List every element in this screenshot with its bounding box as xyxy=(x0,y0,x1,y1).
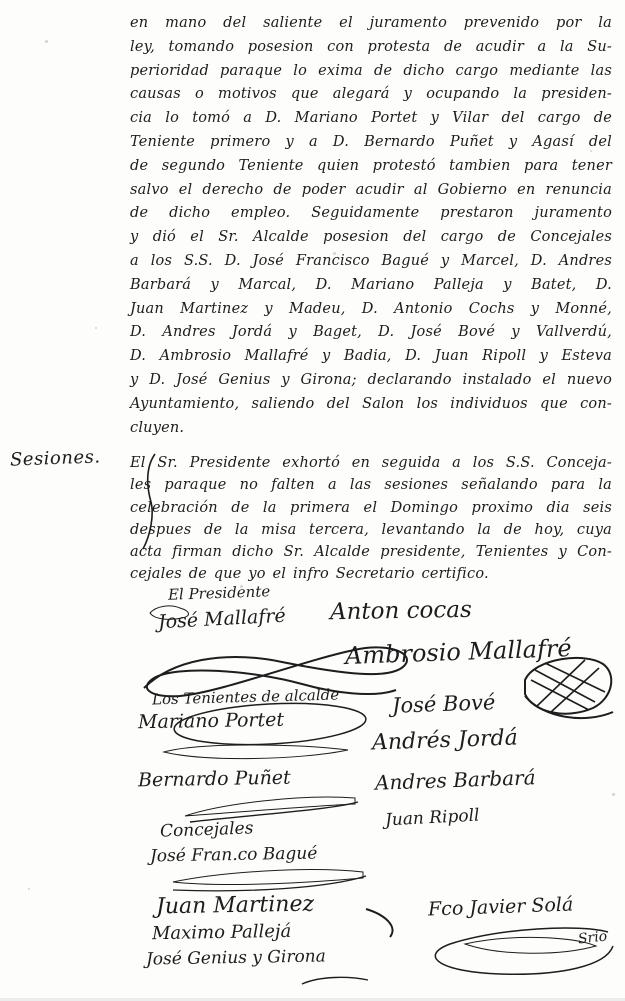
signature-secretary-title: Srio xyxy=(577,929,608,948)
scan-speck xyxy=(590,150,592,152)
martinez-tail-flourish xyxy=(362,905,407,940)
signature-anton-cocas: Anton cocas xyxy=(330,597,472,625)
portet-rubric-flourish xyxy=(150,702,370,762)
scan-speck xyxy=(45,40,48,43)
margin-note-sesiones: Sesiones. xyxy=(10,446,101,470)
manuscript-line: despues de la misa tercera, levantando l… xyxy=(130,519,612,541)
manuscript-line: causas o motivos que alegará y ocupando … xyxy=(130,83,612,107)
scan-speck xyxy=(240,585,243,588)
manuscript-line: de segundo Teniente quien protestó tambi… xyxy=(130,155,612,179)
manuscript-line: de dicho empleo. Seguidamente prestaron … xyxy=(130,202,612,226)
signature-juan-martinez: Juan Martinez xyxy=(156,892,315,920)
manuscript-line: les paraque no falten a las sesiones señ… xyxy=(130,474,612,496)
signature-fco-javier-sola: Fco Javier Solá xyxy=(428,893,574,920)
scan-speck xyxy=(95,327,97,329)
manuscript-line: D. Andres Jordá y Baget, D. José Bové y … xyxy=(130,321,612,345)
scan-speck xyxy=(28,888,30,890)
manuscript-line: en mano del saliente el juramento preven… xyxy=(130,12,612,36)
genius-underline-flourish xyxy=(300,972,370,988)
body-paragraph-2: El Sr. Presidente exhortó en seguida a l… xyxy=(130,452,612,586)
manuscript-line: Teniente primero y a D. Bernardo Puñet y… xyxy=(130,131,612,155)
signature-juan-ripoll: Juan Ripoll xyxy=(385,806,480,831)
manuscript-line: cia lo tomó a D. Mariano Portet y Vilar … xyxy=(130,107,612,131)
manuscript-page: en mano del saliente el juramento preven… xyxy=(0,0,625,1001)
body-paragraph-1: en mano del saliente el juramento preven… xyxy=(130,12,612,440)
manuscript-line: D. Ambrosio Mallafré y Badia, D. Juan Ri… xyxy=(130,345,612,369)
manuscript-line: y dió el Sr. Alcalde posesion del cargo … xyxy=(130,226,612,250)
manuscript-line: salvo el derecho de poder acudir al Gobi… xyxy=(130,179,612,203)
signature-jose-bove: José Bové xyxy=(392,690,496,718)
signature-bernardo-punet: Bernardo Puñet xyxy=(138,767,291,792)
manuscript-line: ley, tomando posesion con protesta de ac… xyxy=(130,36,612,60)
scan-speck xyxy=(333,252,336,255)
bague-rubric-flourish xyxy=(168,864,368,892)
manuscript-line: Barbará y Marcal, D. Mariano Palleja y B… xyxy=(130,274,612,298)
manuscript-line: cejales de que yo el infro Secretario ce… xyxy=(130,563,612,585)
signature-andres-barbara: Andres Barbará xyxy=(375,765,536,795)
manuscript-line: a los S.S. D. José Francisco Bagué y Mar… xyxy=(130,250,612,274)
manuscript-line: acta firman dicho Sr. Alcalde presidente… xyxy=(130,541,612,563)
manuscript-line: Ayuntamiento, saliendo del Salon los ind… xyxy=(130,393,612,417)
signature-jose-genius: José Genius y Girona xyxy=(146,946,326,969)
ambrosio-rubric-flourish xyxy=(505,650,620,726)
manuscript-line: cluyen. xyxy=(130,417,612,441)
signature-maximo-palleja: Maximo Pallejá xyxy=(152,921,292,944)
signature-andres-jorda: Andrés Jordá xyxy=(372,725,519,755)
scan-speck xyxy=(480,212,482,214)
manuscript-line: El Sr. Presidente exhortó en seguida a l… xyxy=(130,452,612,474)
manuscript-line: Juan Martinez y Madeu, D. Antonio Cochs … xyxy=(130,298,612,322)
signature-president-heading: El Presidente xyxy=(168,582,271,604)
manuscript-line: perioridad paraque lo exima de dicho car… xyxy=(130,60,612,84)
signature-concejales-heading: Concejales xyxy=(160,818,254,841)
manuscript-line: celebración de la primera el Domingo pro… xyxy=(130,497,612,519)
manuscript-line: y D. José Genius y Girona; declarando in… xyxy=(130,369,612,393)
scan-speck xyxy=(612,793,615,796)
scan-speck xyxy=(310,483,312,485)
